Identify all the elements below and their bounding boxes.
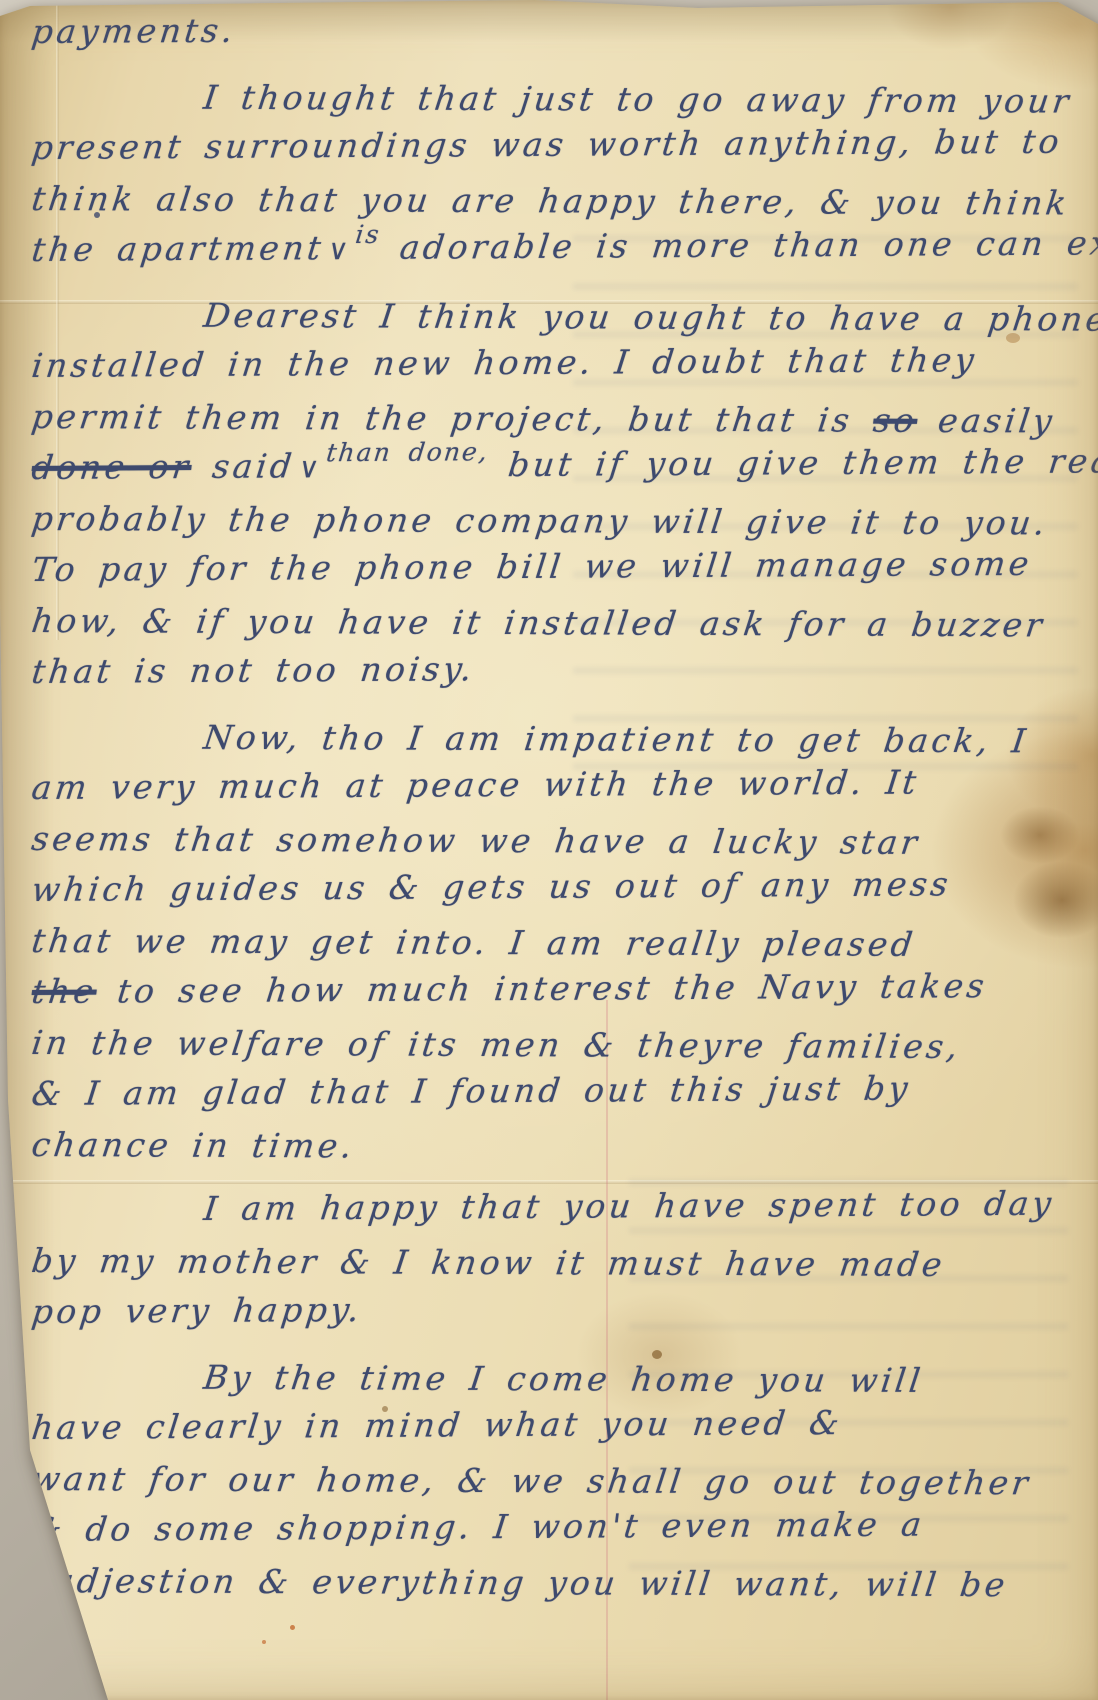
- handwriting-segment: think also that you are happy there, & y…: [30, 179, 1072, 223]
- handwriting-segment: I am happy that you have spent too day: [202, 1184, 1057, 1228]
- handwriting-segment: by my mother & I know it must have made: [30, 1241, 948, 1284]
- handwriting-segment: in the welfare of its men & theyre famil…: [30, 1023, 964, 1066]
- handwriting-line: payments.: [29, 0, 1086, 57]
- handwriting-segment: pop very happy.: [30, 1290, 365, 1331]
- handwriting-segment: Dearest I think you ought to have a phon…: [201, 296, 1098, 339]
- handwriting-line: installed in the new home. I doubt that …: [29, 334, 1086, 391]
- letter-paper: payments.I thought that just to go away …: [0, 0, 1098, 1700]
- scanned-letter: payments.I thought that just to go away …: [0, 0, 1098, 1700]
- handwriting-segment: that we may get into. I am really please…: [30, 921, 919, 964]
- handwriting-segment: want for our home, & we shall go out tog…: [30, 1459, 1034, 1502]
- handwriting-segment: the apartment: [30, 228, 327, 269]
- handwriting-segment: that is not too noisy.: [30, 649, 478, 691]
- handwriting-line: am very much at peace with the world. It: [29, 756, 1086, 813]
- handwriting-segment: To pay for the phone bill we will manage…: [30, 544, 1035, 589]
- handwriting-segment: probably the phone company will give it …: [30, 499, 1051, 542]
- handwriting-segment: but if you give them the reason: [485, 441, 1098, 484]
- letter-body: payments.I thought that just to go away …: [32, 6, 1082, 1606]
- handwriting-segment: sudjestion & everything you will want, w…: [30, 1561, 1011, 1604]
- handwriting-segment: present surroundings was worth anything,…: [30, 122, 1065, 167]
- handwriting-segment: seems that somehow we have a lucky star: [30, 819, 923, 862]
- handwriting-line: pop very happy.: [29, 1280, 1086, 1337]
- handwriting-segment: I thought that just to go away from your: [201, 78, 1074, 121]
- handwriting-segment: chance in time.: [30, 1125, 358, 1165]
- handwriting-line: I am happy that you have spent too day: [29, 1178, 1086, 1235]
- handwriting-segment: adorable is more than one can expect.: [377, 223, 1098, 267]
- inserted-text: than done,: [323, 427, 491, 479]
- handwriting-line: have clearly in mind what you need &: [29, 1396, 1086, 1453]
- handwriting-segment: & do some shopping. I won't even make a: [30, 1505, 927, 1549]
- handwriting-line: the apartment∨is adorable is more than o…: [29, 218, 1086, 275]
- handwriting-segment: how, & if you have it installed ask for …: [30, 601, 1048, 644]
- handwriting-line: chance in time.: [29, 1119, 1085, 1175]
- handwriting-segment: payments.: [30, 11, 238, 51]
- handwriting-line: the to see how much interest the Navy ta…: [29, 960, 1086, 1017]
- handwriting-line: & do some shopping. I won't even make a: [29, 1498, 1086, 1555]
- handwriting-line: that is not too noisy.: [29, 640, 1086, 697]
- handwriting-segment: am very much at peace with the world. It: [30, 763, 922, 807]
- struck-out-text: the: [30, 972, 99, 1011]
- handwriting-line: sudjestion & everything you will want, w…: [29, 1555, 1085, 1611]
- handwriting-line: To pay for the phone bill we will manage…: [29, 538, 1086, 595]
- handwriting-segment: said: [189, 446, 297, 486]
- handwriting-line: done or said∨than done, but if you give …: [29, 436, 1086, 493]
- handwriting-line: & I am glad that I found out this just b…: [29, 1062, 1086, 1119]
- handwriting-segment: Now, tho I am impatient to get back, I: [201, 718, 1031, 761]
- handwriting-line: which guides us & gets us out of any mes…: [29, 858, 1086, 915]
- handwriting-segment: By the time I come home you will: [201, 1358, 925, 1400]
- struck-out-text: done or: [30, 447, 194, 487]
- handwriting-segment: easily: [915, 401, 1058, 441]
- age-stain: [290, 1625, 295, 1630]
- caret-mark: ∨: [325, 224, 355, 275]
- struck-out-text: so: [871, 401, 920, 440]
- age-stain: [262, 1640, 266, 1644]
- handwriting-segment: which guides us & gets us out of any mes…: [30, 864, 954, 909]
- handwriting-line: present surroundings was worth anything,…: [29, 116, 1086, 173]
- handwriting-segment: & I am glad that I found out this just b…: [30, 1069, 913, 1113]
- handwriting-segment: have clearly in mind what you need &: [30, 1403, 845, 1447]
- caret-mark: ∨: [296, 442, 326, 493]
- handwriting-segment: to see how much interest the Navy takes: [94, 966, 989, 1010]
- handwriting-segment: installed in the new home. I doubt that …: [30, 340, 980, 385]
